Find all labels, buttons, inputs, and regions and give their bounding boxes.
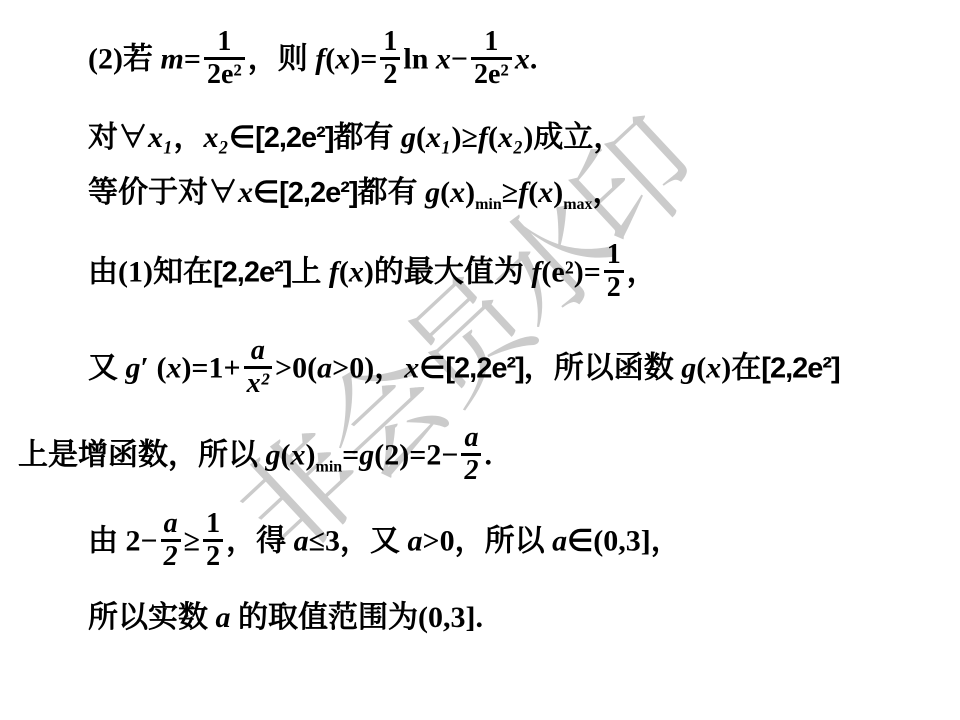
text-run: ( [440, 176, 450, 209]
text-run: ∈ [229, 121, 255, 154]
math-line-5: 又 g′ (x)=1+ax²>0(a>0)，x∈[2,2e²]，所以函数 g(x… [88, 339, 840, 402]
text-run: ln [403, 43, 436, 76]
text-run: = [342, 439, 359, 472]
fraction: a2 [161, 509, 181, 572]
fraction-numerator: 1 [471, 27, 512, 57]
fraction: a2 [461, 423, 481, 486]
text-run: ( [325, 43, 335, 76]
text-run: 对∀ [88, 121, 148, 154]
math-variable: x [538, 176, 553, 209]
fraction: 12e² [204, 27, 245, 90]
text-run: >0)， [332, 352, 404, 385]
math-line-6: 上是增函数，所以 g(x)min=g(2)=2−a2. [18, 426, 492, 489]
math-variable: f [315, 43, 325, 76]
math-variable: g [401, 121, 416, 154]
math-variable: x [349, 256, 364, 289]
text-run: ( [339, 256, 349, 289]
math-variable: x [706, 352, 721, 385]
math-variable: x [404, 352, 419, 385]
text-run: >0( [275, 352, 317, 385]
text-run: − [451, 43, 468, 76]
math-line-1: (2)若 m=12e²，则 f(x)=12ln x−12e²x. [88, 30, 537, 93]
fraction-denominator: 2 [380, 57, 400, 90]
math-variable: x₁ [148, 121, 173, 154]
math-variable: a [216, 601, 231, 634]
text-run: ∈ [253, 176, 279, 209]
text-run: ，所以函数 [524, 352, 682, 385]
text-run: )=1+ [181, 352, 240, 385]
math-variable: g [359, 439, 374, 472]
text-run: ( [281, 439, 291, 472]
text-run: 上是增函数，所以 [18, 439, 266, 472]
fraction-numerator: a [244, 336, 272, 366]
fraction: 12 [203, 509, 223, 572]
math-variable: x₂ [498, 121, 523, 154]
fraction: 12e² [471, 27, 512, 90]
math-variable: m [160, 43, 183, 76]
fraction-numerator: a [461, 423, 481, 453]
fraction-denominator: 2 [161, 539, 181, 572]
text-run: ， [627, 256, 657, 289]
text-run: ) [465, 176, 475, 209]
text-run: ( [488, 121, 498, 154]
math-variable: x [335, 43, 350, 76]
math-line-8: 所以实数 a 的取值范围为(0,3]. [88, 600, 483, 636]
math-variable: f [478, 121, 488, 154]
text-run: 又 [88, 352, 126, 385]
text-run: 等价于对∀ [88, 176, 238, 209]
math-variable: f [329, 256, 339, 289]
text-run: ( [696, 352, 706, 385]
text-run: )在 [721, 352, 761, 385]
math-variable: f [531, 256, 541, 289]
text-run: ，得 [226, 525, 294, 558]
math-variable: a [552, 525, 567, 558]
text-run: (e²)= [541, 256, 600, 289]
text-run: = [184, 43, 201, 76]
math-variable: a [294, 525, 309, 558]
text-run: 由 2− [88, 525, 158, 558]
math-variable: x [450, 176, 465, 209]
text-run: )≥ [451, 121, 477, 154]
interval-bold: [2,2e²] [445, 353, 523, 385]
fraction-denominator: 2 [461, 453, 481, 486]
math-variable: x₁ [426, 121, 451, 154]
subscript: max [563, 196, 592, 213]
text-run: )的最大值为 [364, 256, 532, 289]
text-run: ≥ [502, 176, 518, 209]
fraction-denominator: x² [244, 366, 272, 399]
fraction-denominator: 2 [604, 270, 624, 303]
math-variable: x [436, 43, 451, 76]
text-run: ′ ( [141, 352, 167, 385]
text-run: ) [553, 176, 563, 209]
math-variable: g [126, 352, 141, 385]
text-run: ≥ [184, 525, 200, 558]
text-run: ， [173, 121, 203, 154]
text-run: ∈(0,3]， [567, 525, 681, 558]
math-line-4: 由(1)知在[2,2e²]上 f(x)的最大值为 f(e²)=12， [88, 243, 657, 306]
fraction-denominator: 2 [203, 539, 223, 572]
math-variable: g [681, 352, 696, 385]
interval-bold: [2,2e²] [279, 177, 357, 209]
fraction: 12 [380, 27, 400, 90]
text-run: ( [416, 121, 426, 154]
text-run: ，则 [248, 43, 316, 76]
text-run: 上 [291, 256, 329, 289]
subscript: min [316, 459, 343, 476]
subscript: min [475, 196, 502, 213]
math-variable: x [166, 352, 181, 385]
math-variable: a [317, 352, 332, 385]
math-line-2: 对∀x₁，x₂∈[2,2e²]都有 g(x₁)≥f(x₂)成立， [88, 120, 623, 156]
text-run: . [530, 43, 538, 76]
text-run: )成立， [523, 121, 623, 154]
math-variable: x₂ [203, 121, 228, 154]
text-run: (2)若 [88, 43, 160, 76]
fraction-numerator: a [161, 509, 181, 539]
fraction-denominator: 2e² [471, 57, 512, 90]
text-run: )= [350, 43, 377, 76]
math-line-3: 等价于对∀x∈[2,2e²]都有 g(x)min≥f(x)max， [88, 175, 623, 214]
math-variable: a [408, 525, 423, 558]
text-run: 的取值范围为(0,3]. [231, 601, 483, 634]
text-run: ( [528, 176, 538, 209]
fraction: 12 [604, 240, 624, 303]
math-variable: f [518, 176, 528, 209]
text-run: 都有 [334, 121, 402, 154]
interval-bold: [2,2e²] [255, 122, 333, 154]
text-run: (2)=2− [374, 439, 458, 472]
fraction-denominator: 2e² [204, 57, 245, 90]
interval-bold: [2,2e²] [761, 353, 839, 385]
text-run: ， [593, 176, 623, 209]
text-run: >0，所以 [423, 525, 553, 558]
math-variable: x [238, 176, 253, 209]
fraction: ax² [244, 336, 272, 399]
text-run: ) [306, 439, 316, 472]
text-run: 都有 [358, 176, 426, 209]
text-run: 由(1)知在 [88, 256, 213, 289]
fraction-numerator: 1 [380, 27, 400, 57]
math-variable: x [515, 43, 530, 76]
interval-bold: [2,2e²] [213, 257, 291, 289]
text-run: . [484, 439, 492, 472]
text-run: 所以实数 [88, 601, 216, 634]
fraction-numerator: 1 [203, 509, 223, 539]
math-line-7: 由 2−a2≥12，得 a≤3，又 a>0，所以 a∈(0,3]， [88, 512, 681, 575]
math-variable: g [266, 439, 281, 472]
text-run: ≤3，又 [309, 525, 408, 558]
math-variable: x [291, 439, 306, 472]
math-variable: g [425, 176, 440, 209]
fraction-numerator: 1 [604, 240, 624, 270]
text-run: ∈ [419, 352, 445, 385]
fraction-numerator: 1 [204, 27, 245, 57]
